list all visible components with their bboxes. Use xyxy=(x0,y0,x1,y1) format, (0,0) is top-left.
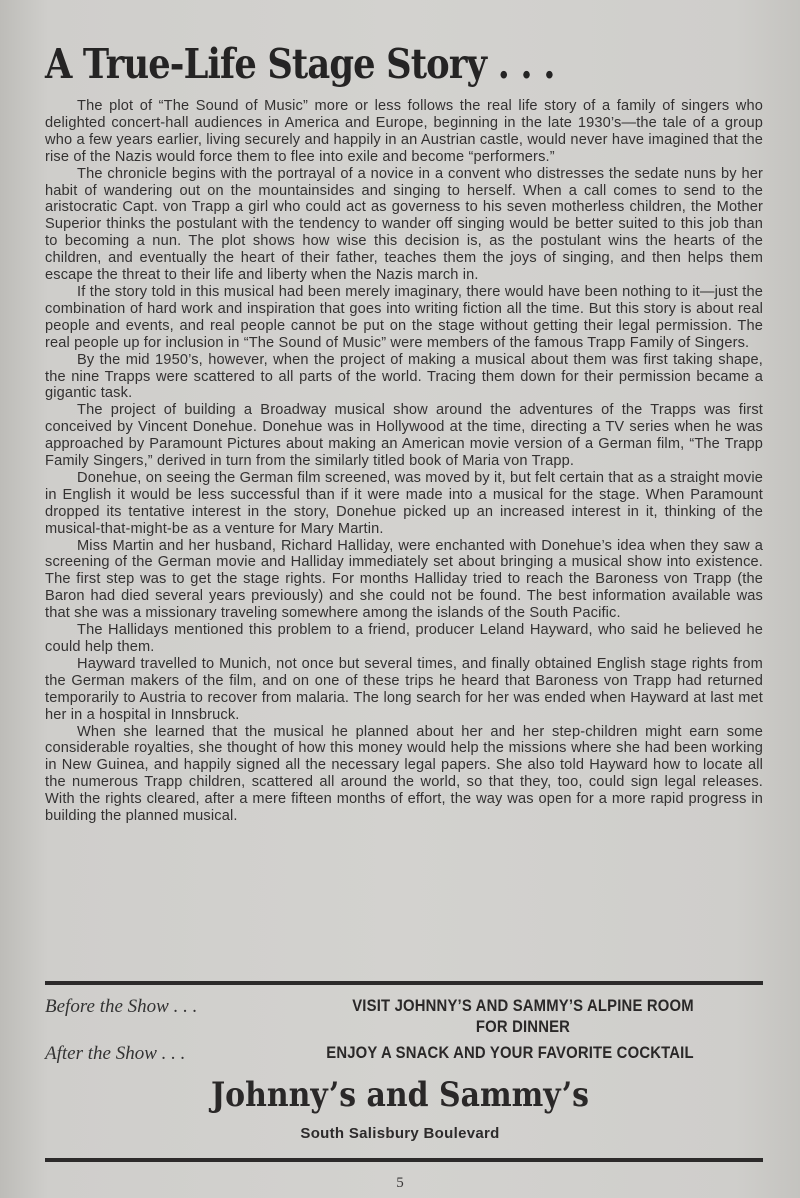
ad-before-lead: Before the Show . . . xyxy=(45,996,197,1018)
ad-before-line2: FOR DINNER xyxy=(307,1017,739,1038)
paragraph: Donehue, on seeing the German film scree… xyxy=(45,470,763,538)
paragraph: The plot of “The Sound of Music” more or… xyxy=(45,98,763,166)
divider-rule xyxy=(45,1158,763,1162)
page-number: 5 xyxy=(0,1175,800,1192)
divider-rule xyxy=(45,981,763,985)
ad-before-line1: VISIT JOHNNY’S AND SAMMY’S ALPINE ROOM xyxy=(307,996,739,1017)
paragraph: The Hallidays mentioned this problem to … xyxy=(45,622,763,656)
paragraph: The chronicle begins with the portrayal … xyxy=(45,166,763,284)
ad-before-copy: VISIT JOHNNY’S AND SAMMY’S ALPINE ROOM F… xyxy=(307,996,739,1038)
ad-after-lead: After the Show . . . xyxy=(45,1043,185,1065)
article-body: The plot of “The Sound of Music” more or… xyxy=(45,98,763,825)
paragraph: If the story told in this musical had be… xyxy=(45,284,763,352)
restaurant-name: Johnny’s and Sammy’s xyxy=(48,1075,752,1115)
ad-after-line1: ENJOY A SNACK AND YOUR FAVORITE COCKTAIL xyxy=(272,1043,749,1064)
paragraph: The project of building a Broadway music… xyxy=(45,402,763,470)
ad-after-copy: ENJOY A SNACK AND YOUR FAVORITE COCKTAIL xyxy=(272,1043,749,1064)
paragraph: Miss Martin and her husband, Richard Hal… xyxy=(45,538,763,623)
article-title: A True-Life Stage Story . . . xyxy=(45,40,555,88)
program-page: A True-Life Stage Story . . . The plot o… xyxy=(0,0,800,1198)
paragraph: When she learned that the musical he pla… xyxy=(45,724,763,825)
restaurant-address: South Salisbury Boulevard xyxy=(0,1125,800,1142)
paragraph: By the mid 1950’s, however, when the pro… xyxy=(45,352,763,403)
paragraph: Hayward travelled to Munich, not once bu… xyxy=(45,656,763,724)
